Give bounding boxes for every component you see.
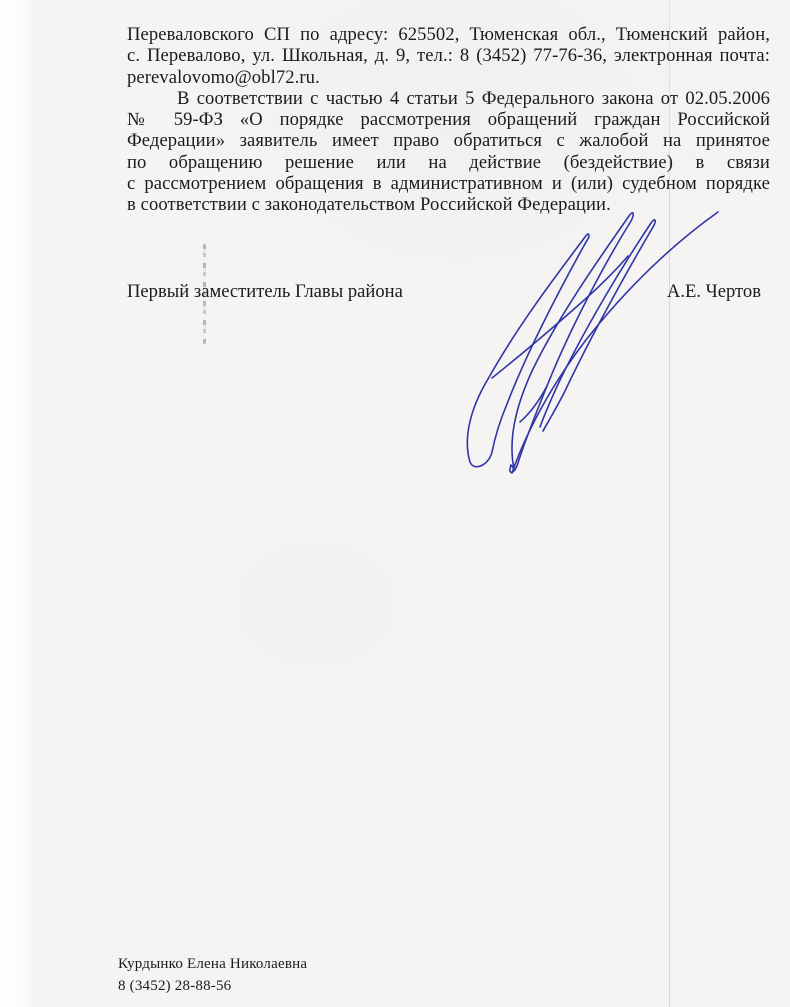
body-line: Переваловского СП по адресу: 625502, Тюм… <box>127 24 770 45</box>
body-line: № 59-ФЗ «О порядке рассмотрения обращени… <box>127 109 770 130</box>
body-line: по обращению решение или на действие (бе… <box>127 152 770 173</box>
contact-phone: 8 (3452) 28-88-56 <box>118 975 307 997</box>
body-line: с. Перевалово, ул. Школьная, д. 9, тел.:… <box>127 45 770 66</box>
scanned-letter-page: Переваловского СП по адресу: 625502, Тюм… <box>0 0 790 1007</box>
body-line: В соответствии с частью 4 статьи 5 Федер… <box>127 88 770 109</box>
letter-body: Переваловского СП по адресу: 625502, Тюм… <box>127 24 770 216</box>
body-line: с рассмотрением обращения в администрати… <box>127 173 770 194</box>
handwritten-signature <box>430 195 730 495</box>
body-line: Федерации» заявитель имеет право обратит… <box>127 130 770 151</box>
executor-footer: Курдынко Елена Николаевна 8 (3452) 28-88… <box>118 953 307 997</box>
scan-edge-strip <box>0 0 34 1007</box>
contact-person-name: Курдынко Елена Николаевна <box>118 953 307 975</box>
email-line: perevalovomo@obl72.ru. <box>127 67 770 88</box>
signature-ink-strokes <box>467 212 718 473</box>
signer-position-title: Первый заместитель Главы района <box>127 281 403 302</box>
